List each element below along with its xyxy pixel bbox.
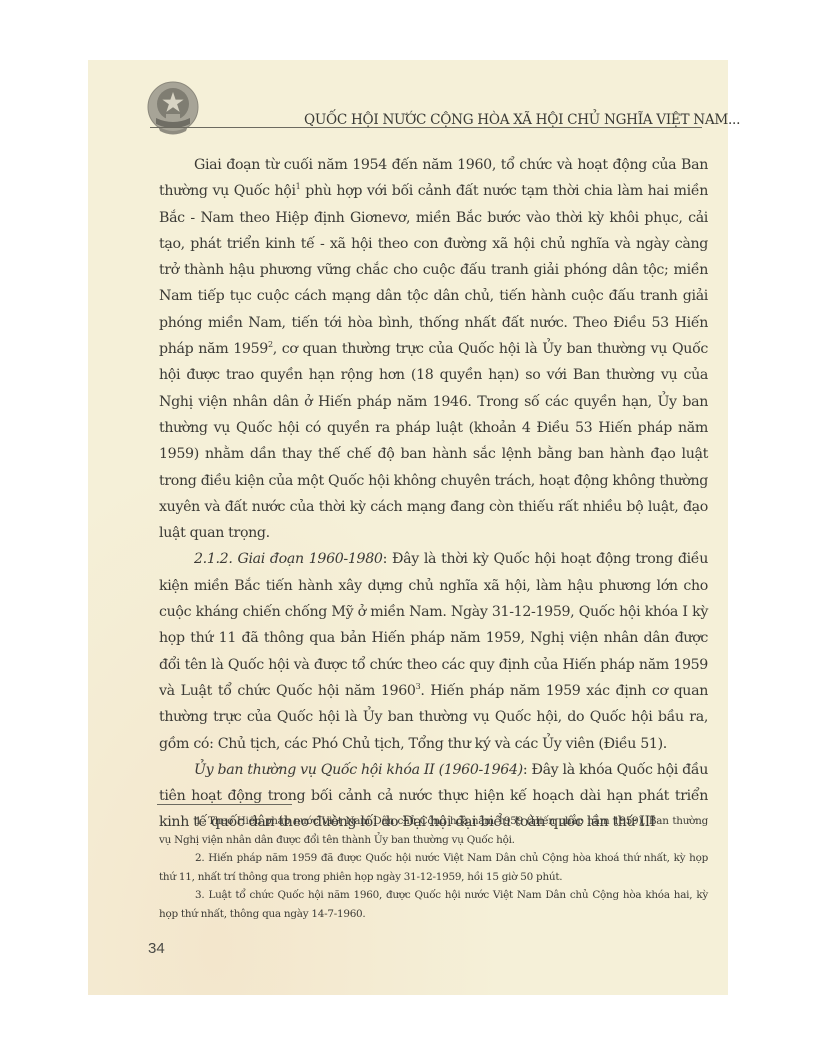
paragraph-1-text-c: , cơ quan thường trực của Quốc hội là Ủy…	[159, 341, 708, 541]
paragraph-1: Giai đoạn từ cuối năm 1954 đến năm 1960,…	[159, 152, 708, 546]
running-title: QUỐC HỘI NƯỚC CỘNG HÒA XÃ HỘI CHỦ NGHĨA …	[304, 112, 740, 128]
footnotes: 1. Theo Hiến pháp nước Việt Nam Dân chủ …	[159, 812, 708, 923]
paragraph-1-text-b: phù hợp với bối cảnh đất nước tạm thời c…	[159, 183, 708, 357]
paragraph-2: 2.1.2. Giai đoạn 1960-1980: Đây là thời …	[159, 546, 708, 756]
national-emblem-icon	[146, 80, 200, 138]
header-divider	[150, 127, 702, 128]
footnote-divider	[157, 804, 292, 805]
page-number: 34	[148, 940, 165, 957]
subsection-heading-khoa-ii: Ủy ban thường vụ Quốc hội khóa II (1960-…	[194, 762, 523, 778]
main-text: Giai đoạn từ cuối năm 1954 đến năm 1960,…	[159, 152, 708, 836]
book-page: QUỐC HỘI NƯỚC CỘNG HÒA XÃ HỘI CHỦ NGHĨA …	[88, 60, 728, 995]
footnote-2: 2. Hiến pháp năm 1959 đã được Quốc hội n…	[159, 849, 708, 886]
footnote-3: 3. Luật tổ chức Quốc hội năm 1960, được …	[159, 886, 708, 923]
footnote-1: 1. Theo Hiến pháp nước Việt Nam Dân chủ …	[159, 812, 708, 849]
section-heading-2-1-2: 2.1.2. Giai đoạn 1960-1980	[194, 551, 383, 567]
paragraph-2-text-a: : Đây là thời kỳ Quốc hội hoạt động tron…	[159, 551, 708, 698]
